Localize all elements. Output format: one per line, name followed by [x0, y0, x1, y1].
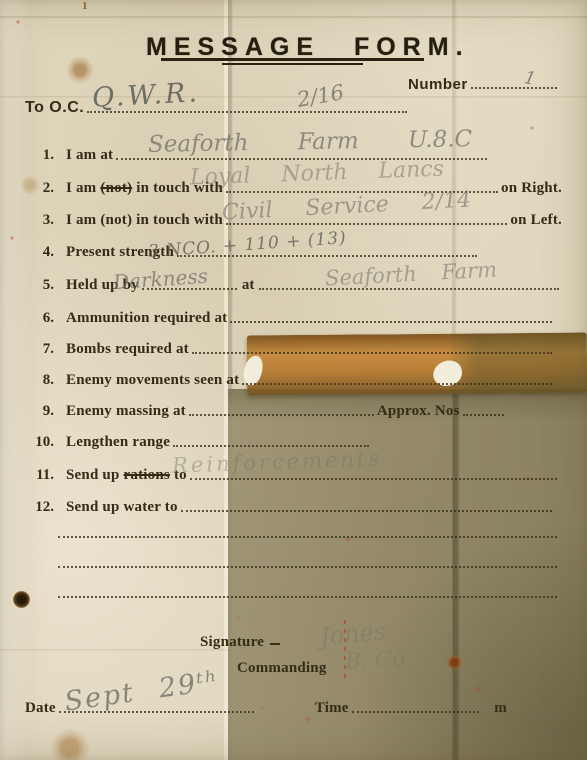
commanding-row: Commanding — [237, 659, 337, 676]
form-line-9: 9. Enemy massing at Approx. Nos — [28, 402, 507, 419]
line-label: I am (not) in touch with — [66, 213, 223, 228]
dotted-leader — [59, 711, 254, 713]
line-label: Send up water to — [66, 500, 178, 515]
dotted-leader — [177, 255, 477, 257]
dotted-leader — [142, 288, 237, 290]
line-label: Enemy massing at — [66, 404, 186, 419]
signature-label: Signature — [200, 635, 264, 650]
to-oc-row: To O.C. — [25, 99, 410, 116]
form-line-8: 8. Enemy movements seen at — [28, 371, 555, 388]
form-line-3: 3. I am (not) in touch with on Left. — [28, 211, 562, 228]
dotted-leader — [471, 87, 557, 89]
date-label: Date — [25, 701, 56, 716]
burn-hole — [13, 591, 30, 608]
line-number: 2. — [28, 181, 54, 196]
dotted-leader — [58, 536, 557, 538]
form-line-4: 4. Present strength — [28, 243, 480, 260]
line-label: Enemy movements seen at — [66, 373, 239, 388]
number-row: Number — [408, 75, 560, 92]
title-underline — [161, 58, 424, 61]
dotted-leader — [242, 383, 552, 385]
line-label: to — [174, 468, 187, 483]
to-oc-label: To O.C. — [25, 100, 84, 116]
line-number: 3. — [28, 213, 54, 228]
dotted-leader — [116, 158, 487, 160]
struck-word: rations — [124, 468, 170, 483]
form-line-6: 6. Ammunition required at — [28, 309, 555, 326]
line-label-at: at — [242, 278, 255, 293]
dotted-leader — [87, 111, 407, 113]
line-label: Held up by — [66, 278, 139, 293]
dotted-leader — [190, 478, 557, 480]
line-number: 11. — [28, 468, 54, 483]
dotted-leader — [230, 321, 552, 323]
dotted-leader — [192, 352, 552, 354]
line-number: 10. — [28, 435, 54, 450]
dotted-leader — [58, 566, 557, 568]
line-number: 12. — [28, 500, 54, 515]
line-label: Send up — [66, 468, 120, 483]
line-label: Lengthen range — [66, 435, 170, 450]
form-line-10: 10. Lengthen range — [28, 433, 372, 450]
blank-line — [55, 554, 560, 571]
signature-row: Signature — [200, 633, 280, 650]
time-label: Time — [315, 701, 349, 716]
form-line-12: 12. Send up water to — [28, 498, 555, 515]
line-number: 9. — [28, 404, 54, 419]
line-label: I am at — [66, 148, 113, 163]
line-label: I am — [66, 181, 96, 196]
dotted-leader — [173, 445, 369, 447]
dotted-leader — [58, 596, 557, 598]
line-number: 5. — [28, 278, 54, 293]
line-label: Ammunition required at — [66, 311, 227, 326]
line-number: 7. — [28, 342, 54, 357]
dotted-leader — [352, 711, 480, 713]
form-line-7: 7. Bombs required at — [28, 340, 555, 357]
dotted-leader — [463, 414, 504, 416]
minutes-label: m — [494, 701, 507, 716]
title-underline-short — [222, 63, 363, 65]
approx-nos-label: Approx. Nos — [377, 404, 460, 419]
form-line-1: 1. I am at — [28, 146, 490, 163]
line-suffix: on Right. — [501, 181, 562, 196]
red-ink-bleed — [344, 620, 346, 678]
line-label: in touch with — [136, 181, 223, 196]
struck-word: (not) — [100, 181, 132, 196]
line-label: Bombs required at — [66, 342, 189, 357]
dotted-leader — [226, 191, 498, 193]
form-line-2: 2. I am (not) in touch with on Right. — [28, 179, 562, 196]
date-time-row: Date Time m — [25, 699, 507, 716]
line-number: 6. — [28, 311, 54, 326]
signature-dash — [270, 643, 280, 645]
line-number: 4. — [28, 245, 54, 260]
message-form-paper: 1 MESSAGE FORM. Number To O.C. 1. I am a… — [0, 0, 587, 760]
line-label: Present strength — [66, 245, 174, 260]
form-line-5: 5. Held up by at — [28, 276, 562, 293]
blank-line — [55, 524, 560, 541]
dotted-leader — [189, 414, 374, 416]
form-line-11: 11. Send up rations to — [28, 466, 560, 483]
blank-line — [55, 584, 560, 601]
dotted-leader — [226, 223, 507, 225]
line-suffix: on Left. — [510, 213, 562, 228]
number-label: Number — [408, 77, 468, 92]
dotted-leader — [259, 288, 559, 290]
line-number: 1. — [28, 148, 54, 163]
page-mark: 1 — [82, 0, 88, 12]
commanding-label: Commanding — [237, 661, 327, 676]
rust-spot — [447, 655, 462, 670]
dotted-leader — [181, 510, 552, 512]
line-number: 8. — [28, 373, 54, 388]
